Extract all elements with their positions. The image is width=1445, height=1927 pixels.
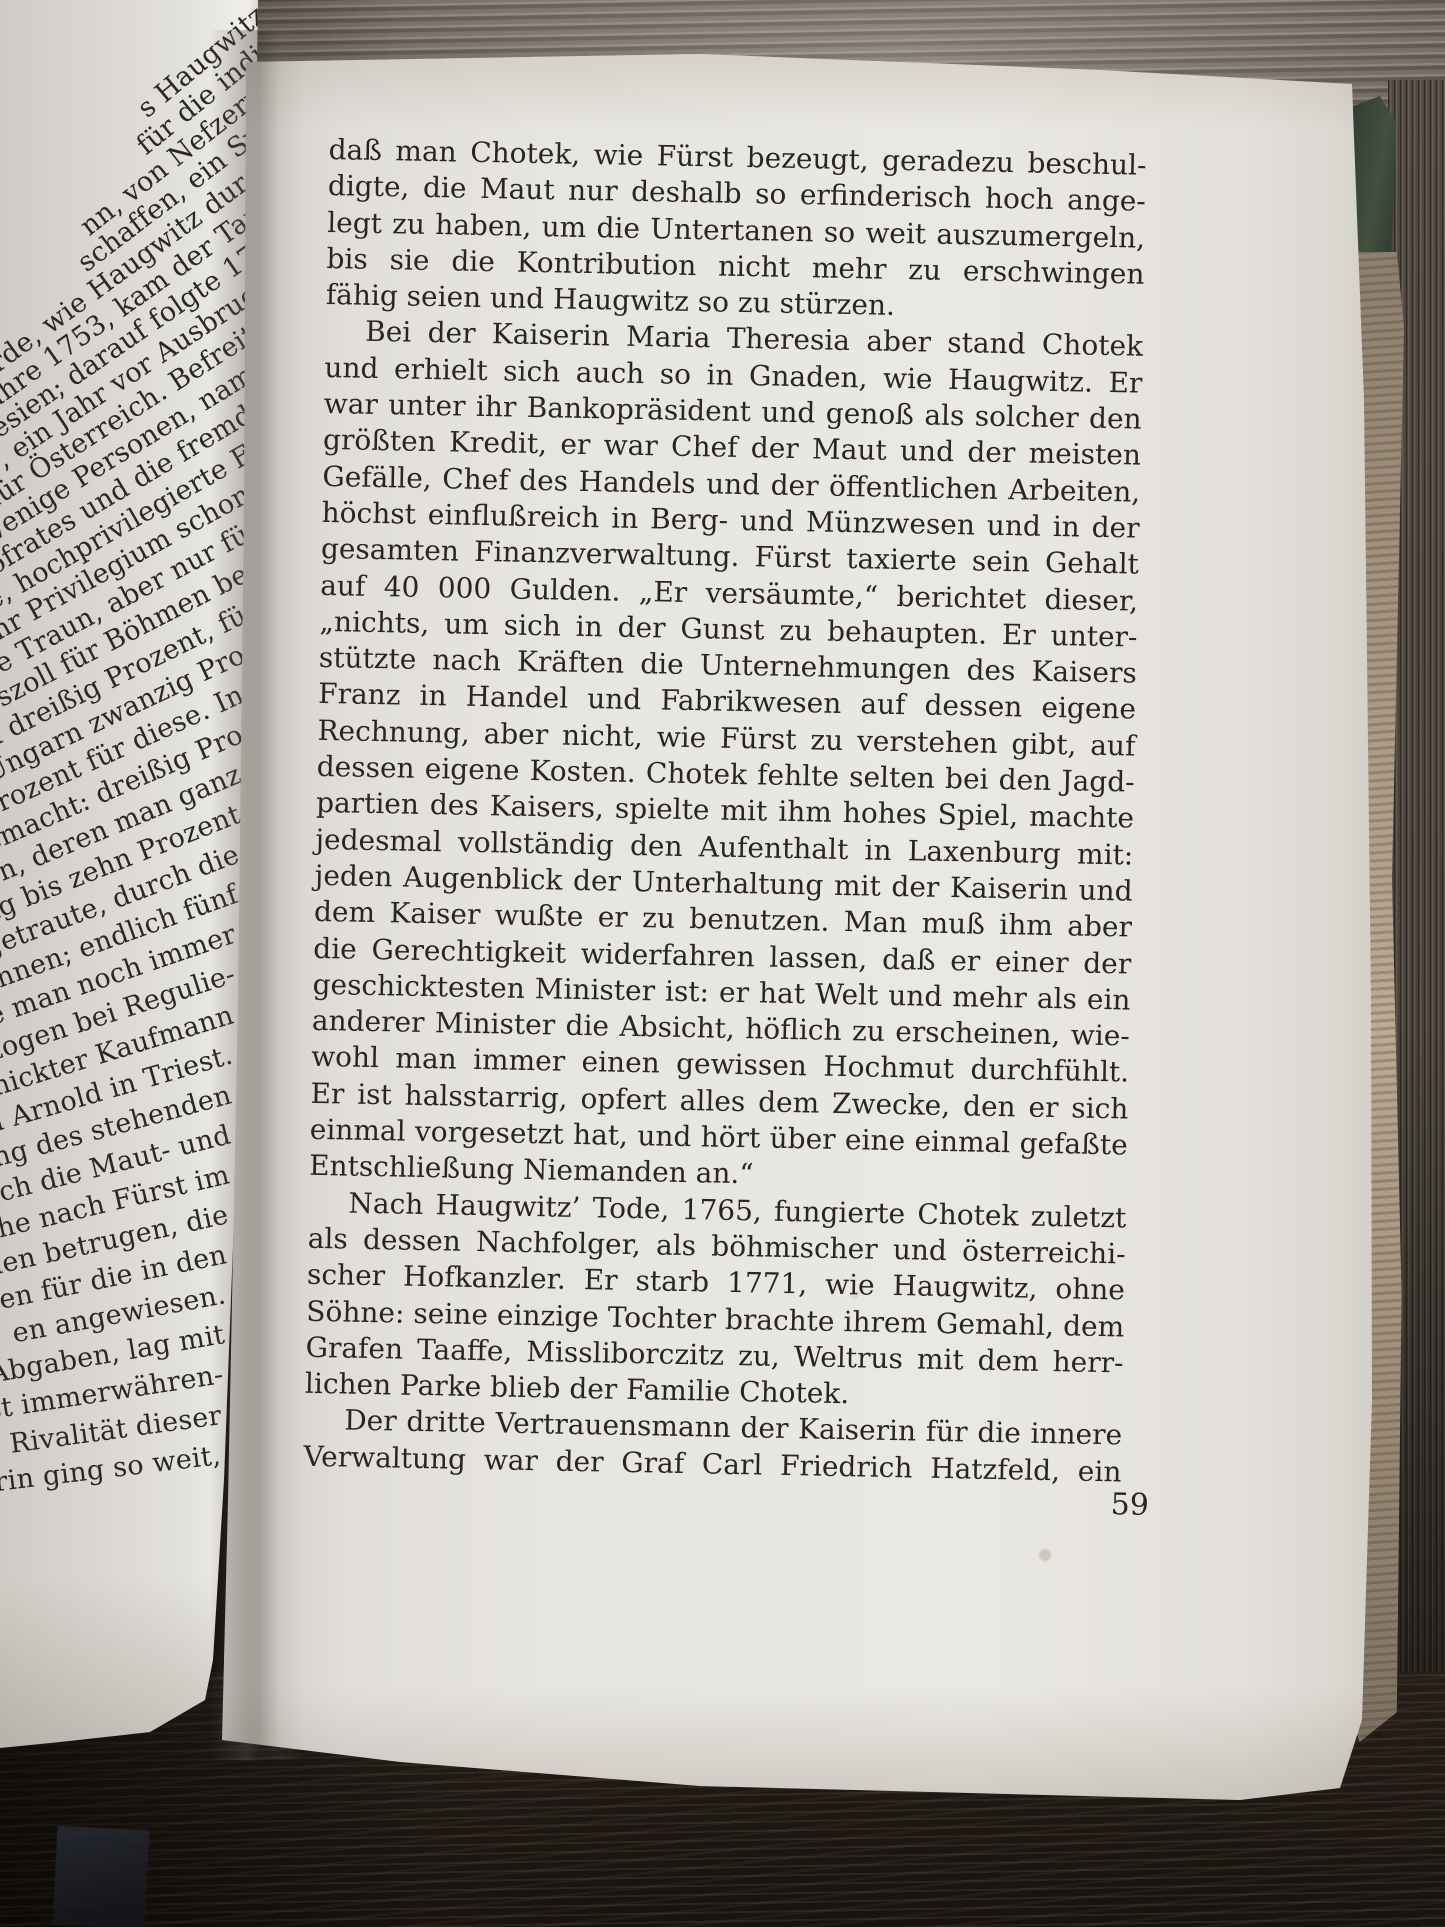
page-text: daß man Chotek, wie Fürst bezeugt, gerad… xyxy=(303,132,1147,1490)
paragraph: Nach Haugwitz’ Tode, 1765, fungierte Cho… xyxy=(305,1184,1127,1417)
book-ribbon-marker xyxy=(52,1826,149,1927)
left-page: s Haugwitzfür die indinn, von Nefzernsch… xyxy=(0,0,266,1790)
right-page: daß man Chotek, wie Fürst bezeugt, gerad… xyxy=(215,50,1380,1810)
book-photo: s Haugwitzfür die indinn, von Nefzernsch… xyxy=(0,0,1445,1927)
paragraph: daß man Chotek, wie Fürst bezeugt, gerad… xyxy=(326,132,1147,329)
paragraph: Bei der Kaiserin Maria Theresia aber sta… xyxy=(309,313,1144,1200)
